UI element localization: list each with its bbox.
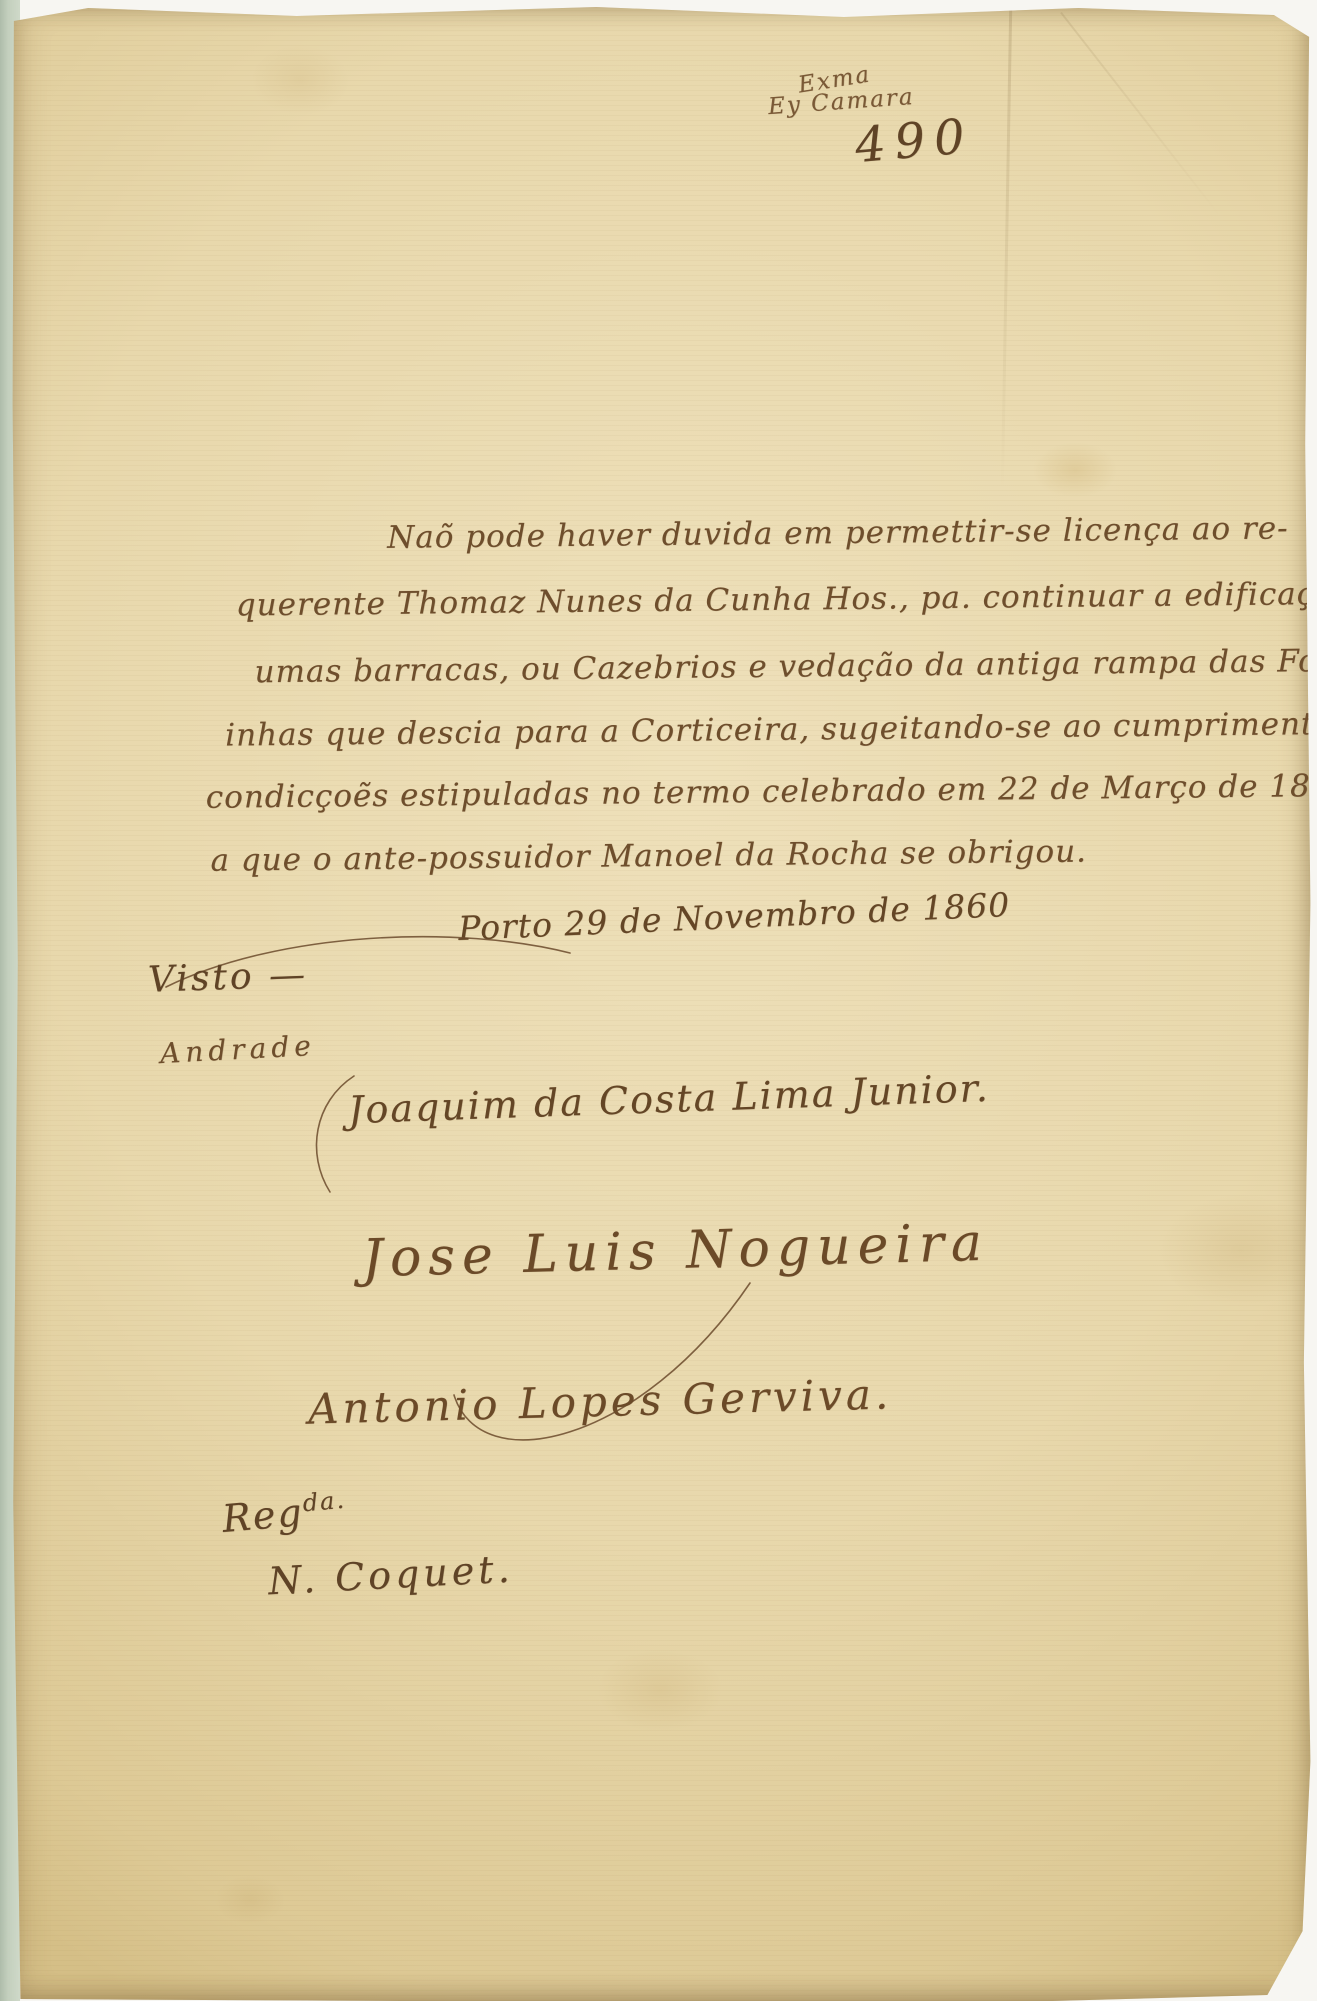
body-line-6: a que o ante-possuidor Manoel da Rocha s… — [210, 834, 1087, 879]
visto-label: Visto — — [147, 954, 308, 1001]
scanned-document: Exma Ey Camara 490 Naõ pode haver duvida… — [0, 0, 1317, 2001]
body-line-1: Naõ pode haver duvida em permettir-se li… — [387, 510, 1289, 555]
registration-label-superscript: da. — [301, 1486, 347, 1518]
body-paragraph: Naõ pode haver duvida em permettir-se li… — [0, 0, 1317, 2001]
body-line-2: querente Thomaz Nunes da Cunha Hos., pa.… — [236, 575, 1317, 623]
manuscript-page: Exma Ey Camara 490 Naõ pode haver duvida… — [10, 5, 1313, 2001]
registration-label-base: Reg — [220, 1490, 305, 1541]
body-line-5: condicçoẽs estipuladas no termo celebrad… — [206, 767, 1317, 815]
body-line-3: umas barracas, ou Cazebrios e vedação da… — [254, 642, 1317, 690]
body-line-4: inhas que descia para a Corticeira, suge… — [225, 705, 1317, 753]
